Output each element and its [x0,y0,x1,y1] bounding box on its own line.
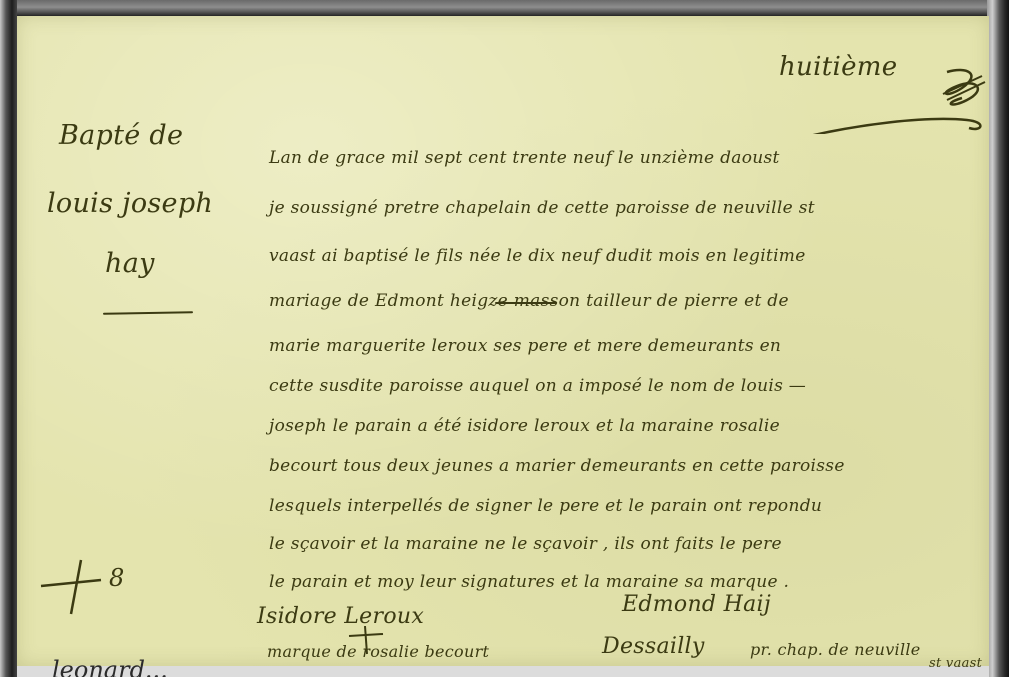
record-line-5: marie marguerite leroux ses pere et mere… [269,336,781,356]
record-line-4: mariage de Edmont heigze masson tailleur… [269,291,789,311]
record-line-3: vaast ai baptisé le fils née le dix neuf… [269,246,806,266]
flourish-icon [797,64,997,134]
record-line-8: becourt tous deux jeunes a marier demeur… [269,456,845,476]
record-line-7: joseph le parain a été isidore leroux et… [269,416,780,436]
strikethrough-mark [495,302,557,304]
scan-left-binding [0,0,17,677]
next-entry-cutoff: leonard... [52,656,168,677]
record-line-4-text: mariage de Edmont heigze masson tailleur… [269,291,789,311]
scanned-register-page: huitième Bapté de louis joseph hay Lan d… [0,0,1009,677]
record-line-1: Lan de grace mil sept cent trente neuf l… [269,148,780,168]
priest-title-continued: st vaast [929,656,982,671]
margin-title-line-3: hay [105,244,155,284]
scan-top-edge [0,0,1009,16]
godmother-mark-label: marque de rosalie becourt [267,642,489,661]
signature-godfather: Isidore Leroux [257,604,424,629]
signature-priest: Dessailly [602,634,705,659]
signature-father: Edmond Haij [622,592,771,617]
cross-mark-icon [39,556,109,616]
highlighted-record-region: huitième Bapté de louis joseph hay Lan d… [17,16,989,666]
margin-title-line-1: Bapté de [59,116,183,156]
record-line-11: le parain et moy leur signatures et la m… [269,572,789,592]
margin-underline [103,311,193,315]
record-line-9: lesquels interpellés de signer le pere e… [269,496,822,516]
priest-title: pr. chap. de neuville [750,640,921,659]
record-line-10: le sçavoir et la maraine ne le sçavoir ,… [269,534,782,554]
record-line-2: je soussigné pretre chapelain de cette p… [269,198,815,218]
margin-title-line-2: louis joseph [47,184,213,224]
margin-number: 8 [109,564,125,592]
record-line-6: cette susdite paroisse auquel on a impos… [269,376,806,396]
